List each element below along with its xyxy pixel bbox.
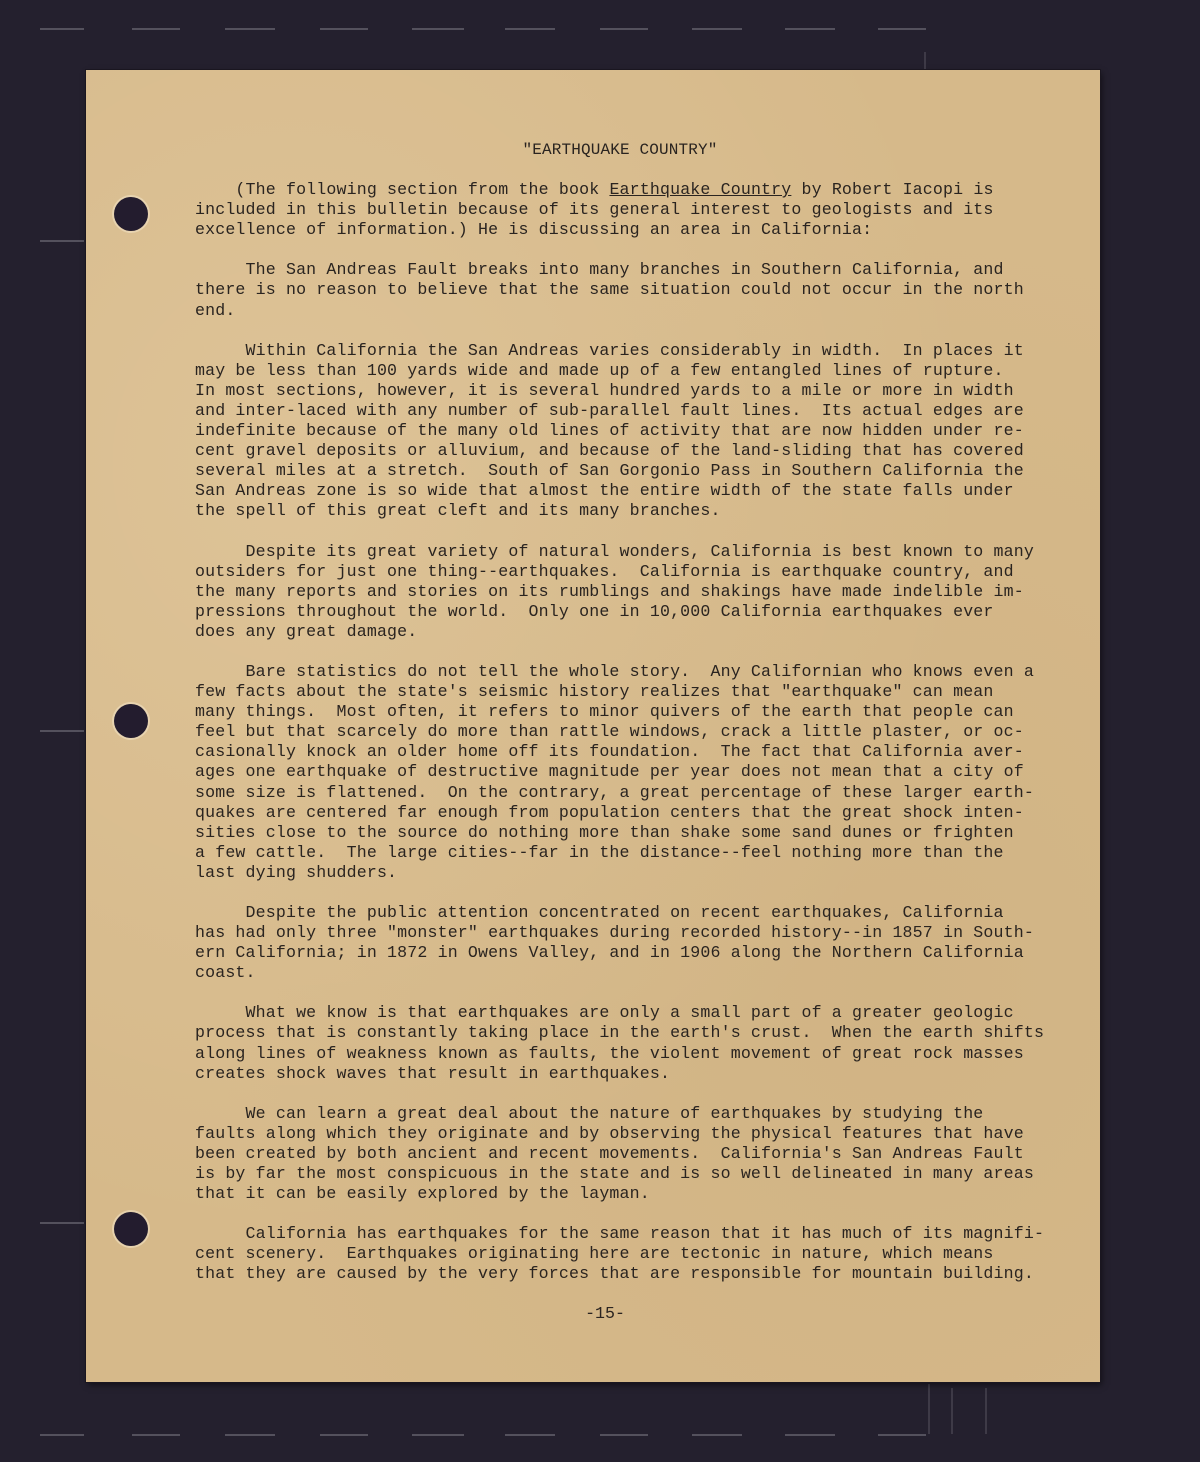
paragraph: Despite its great variety of natural won…	[195, 542, 1035, 642]
scan-mark	[600, 1434, 648, 1436]
scan-mark	[785, 28, 835, 30]
scan-mark	[40, 1434, 84, 1436]
scan-mark	[225, 1434, 275, 1436]
scan-mark	[505, 1434, 555, 1436]
scan-mark	[505, 28, 555, 30]
paragraph: Within California the San Andreas varies…	[195, 341, 1035, 522]
scan-mark	[225, 28, 275, 30]
scan-mark	[412, 28, 464, 30]
paragraph: We can learn a great deal about the natu…	[195, 1104, 1035, 1204]
document-page: "EARTHQUAKE COUNTRY" (The following sect…	[86, 70, 1100, 1382]
scan-mark	[928, 1384, 930, 1434]
paragraph: The San Andreas Fault breaks into many b…	[195, 260, 1035, 320]
scan-mark	[785, 1434, 835, 1436]
punch-hole	[114, 197, 148, 231]
intro-text: by Robert Iacopi is	[791, 180, 993, 199]
intro-paragraph: (The following section from the book Ear…	[195, 180, 1035, 240]
document-body: "EARTHQUAKE COUNTRY" (The following sect…	[195, 140, 1035, 1305]
scan-mark	[40, 1222, 84, 1224]
paragraph: Bare statistics do not tell the whole st…	[195, 662, 1035, 883]
scan-mark	[692, 28, 742, 30]
scan-mark	[320, 1434, 368, 1436]
page-number: -15-	[86, 1304, 1100, 1323]
scan-mark	[132, 1434, 180, 1436]
scan-mark	[924, 52, 926, 72]
punch-hole	[114, 1212, 148, 1246]
paragraph: What we know is that earthquakes are onl…	[195, 1003, 1035, 1083]
scan-mark	[132, 28, 180, 30]
page-title: "EARTHQUAKE COUNTRY"	[195, 140, 1035, 160]
punch-hole	[114, 704, 148, 738]
intro-text: (The following section from the book	[195, 180, 609, 199]
scan-mark	[985, 1388, 987, 1434]
scan-mark	[692, 1434, 742, 1436]
scan-mark	[40, 240, 84, 242]
scan-mark	[600, 28, 648, 30]
scan-mark	[40, 730, 84, 732]
scan-mark	[878, 28, 926, 30]
scan-mark	[40, 28, 84, 30]
paragraph: California has earthquakes for the same …	[195, 1224, 1035, 1284]
scan-mark	[320, 28, 368, 30]
scan-mark	[951, 1388, 953, 1434]
intro-text: included in this bulletin because of its…	[195, 200, 994, 219]
scan-mark	[412, 1434, 464, 1436]
scan-mark	[878, 1434, 926, 1436]
paragraph: Despite the public attention concentrate…	[195, 903, 1035, 983]
intro-text: excellence of information.) He is discus…	[195, 220, 872, 239]
book-title: Earthquake Country	[609, 180, 791, 199]
